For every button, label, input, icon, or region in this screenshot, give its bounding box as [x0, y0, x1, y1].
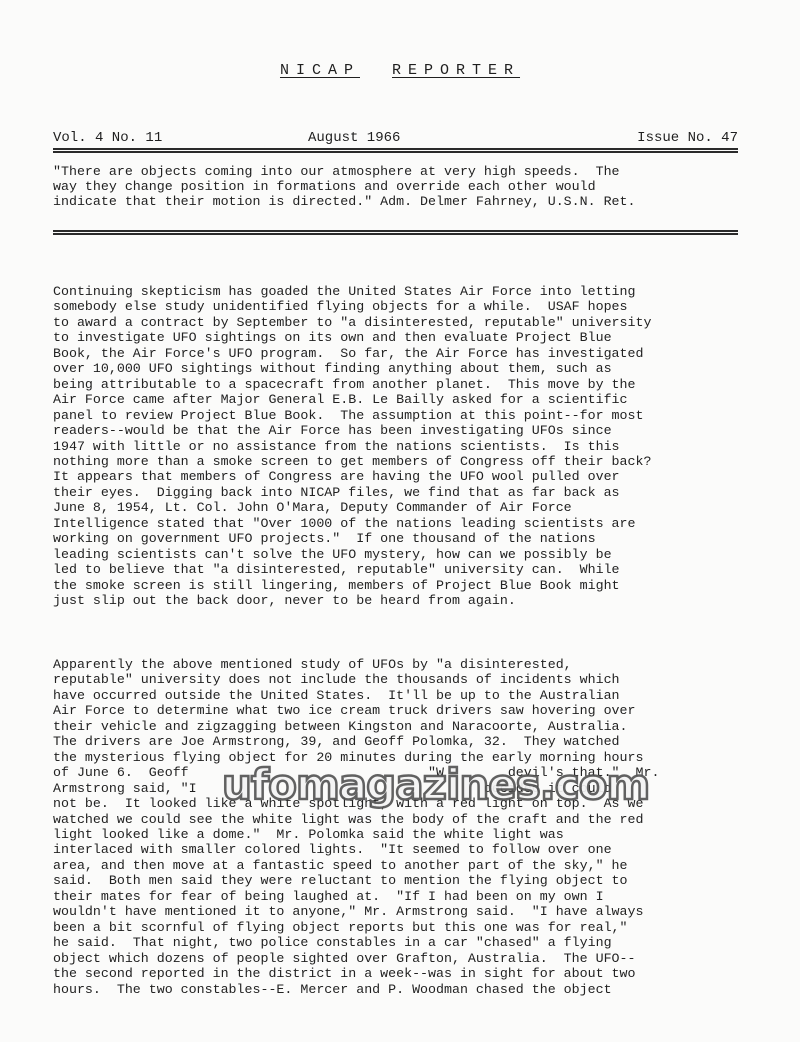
article-paragraph-1: Continuing skepticism has goaded the Uni…: [53, 284, 773, 609]
masthead-word-nicap: NICAP: [280, 62, 360, 79]
masthead-word-reporter: REPORTER: [392, 62, 520, 79]
issue-number: Issue No. 47: [637, 130, 738, 146]
header-divider: [53, 148, 738, 153]
newsletter-page: NICAPREPORTER Vol. 4 No. 11 August 1966 …: [0, 0, 800, 1042]
issue-date: August 1966: [308, 130, 400, 146]
epigraph-quote: "There are objects coming into our atmos…: [53, 164, 753, 209]
article-paragraph-2: Apparently the above mentioned study of …: [53, 657, 773, 997]
issue-info-row: Vol. 4 No. 11 August 1966 Issue No. 47: [53, 130, 738, 148]
masthead-title: NICAPREPORTER: [0, 62, 800, 79]
volume-number: Vol. 4 No. 11: [53, 130, 162, 146]
epigraph-divider: [53, 230, 738, 235]
